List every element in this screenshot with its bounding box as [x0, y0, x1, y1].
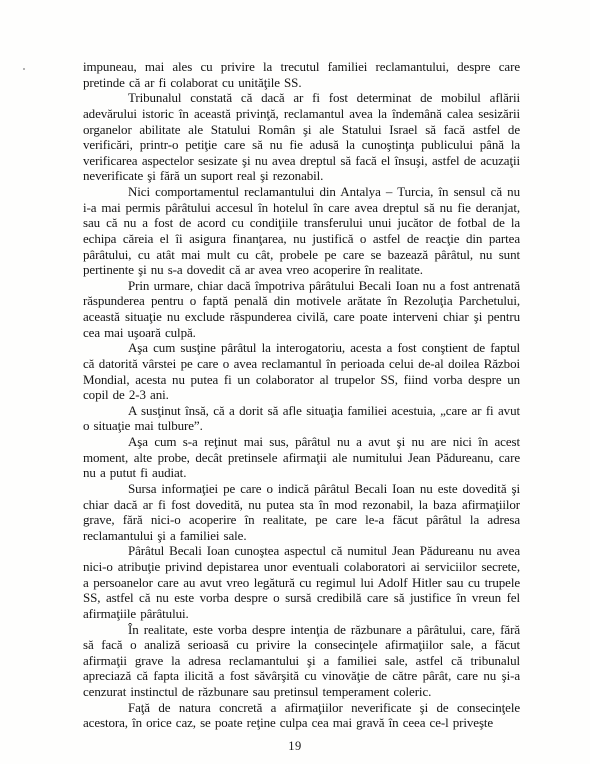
page-footer: 19	[0, 737, 590, 755]
paragraph: Prin urmare, chiar dacă împotriva pârâtu…	[83, 278, 520, 341]
body-text: impuneau, mai ales cu privire la trecutu…	[83, 59, 520, 731]
paragraph: În realitate, este vorba despre intenţia…	[83, 622, 520, 700]
paragraph: Aşa cum s-a reţinut mai sus, pârâtul nu …	[83, 434, 520, 481]
paragraph: Pârâtul Becali Ioan cunoştea aspectul că…	[83, 543, 520, 621]
paragraph: Sursa informaţiei pe care o indică pârât…	[83, 481, 520, 544]
paragraph: Nici comportamentul reclamantului din An…	[83, 184, 520, 278]
paragraph: A susţinut însă, că a dorit să afle situ…	[83, 403, 520, 434]
paragraph: impuneau, mai ales cu privire la trecutu…	[83, 59, 520, 90]
paragraph: Faţă de natura concretă a afirmaţiilor n…	[83, 700, 520, 731]
document-page: impuneau, mai ales cu privire la trecutu…	[0, 0, 590, 764]
paragraph: Tribunalul constată că dacă ar fi fost d…	[83, 90, 520, 184]
page-number: 19	[288, 739, 302, 753]
scan-speck-artifact	[23, 68, 25, 70]
paragraph: Aşa cum susţine pârâtul la interogatoriu…	[83, 340, 520, 403]
